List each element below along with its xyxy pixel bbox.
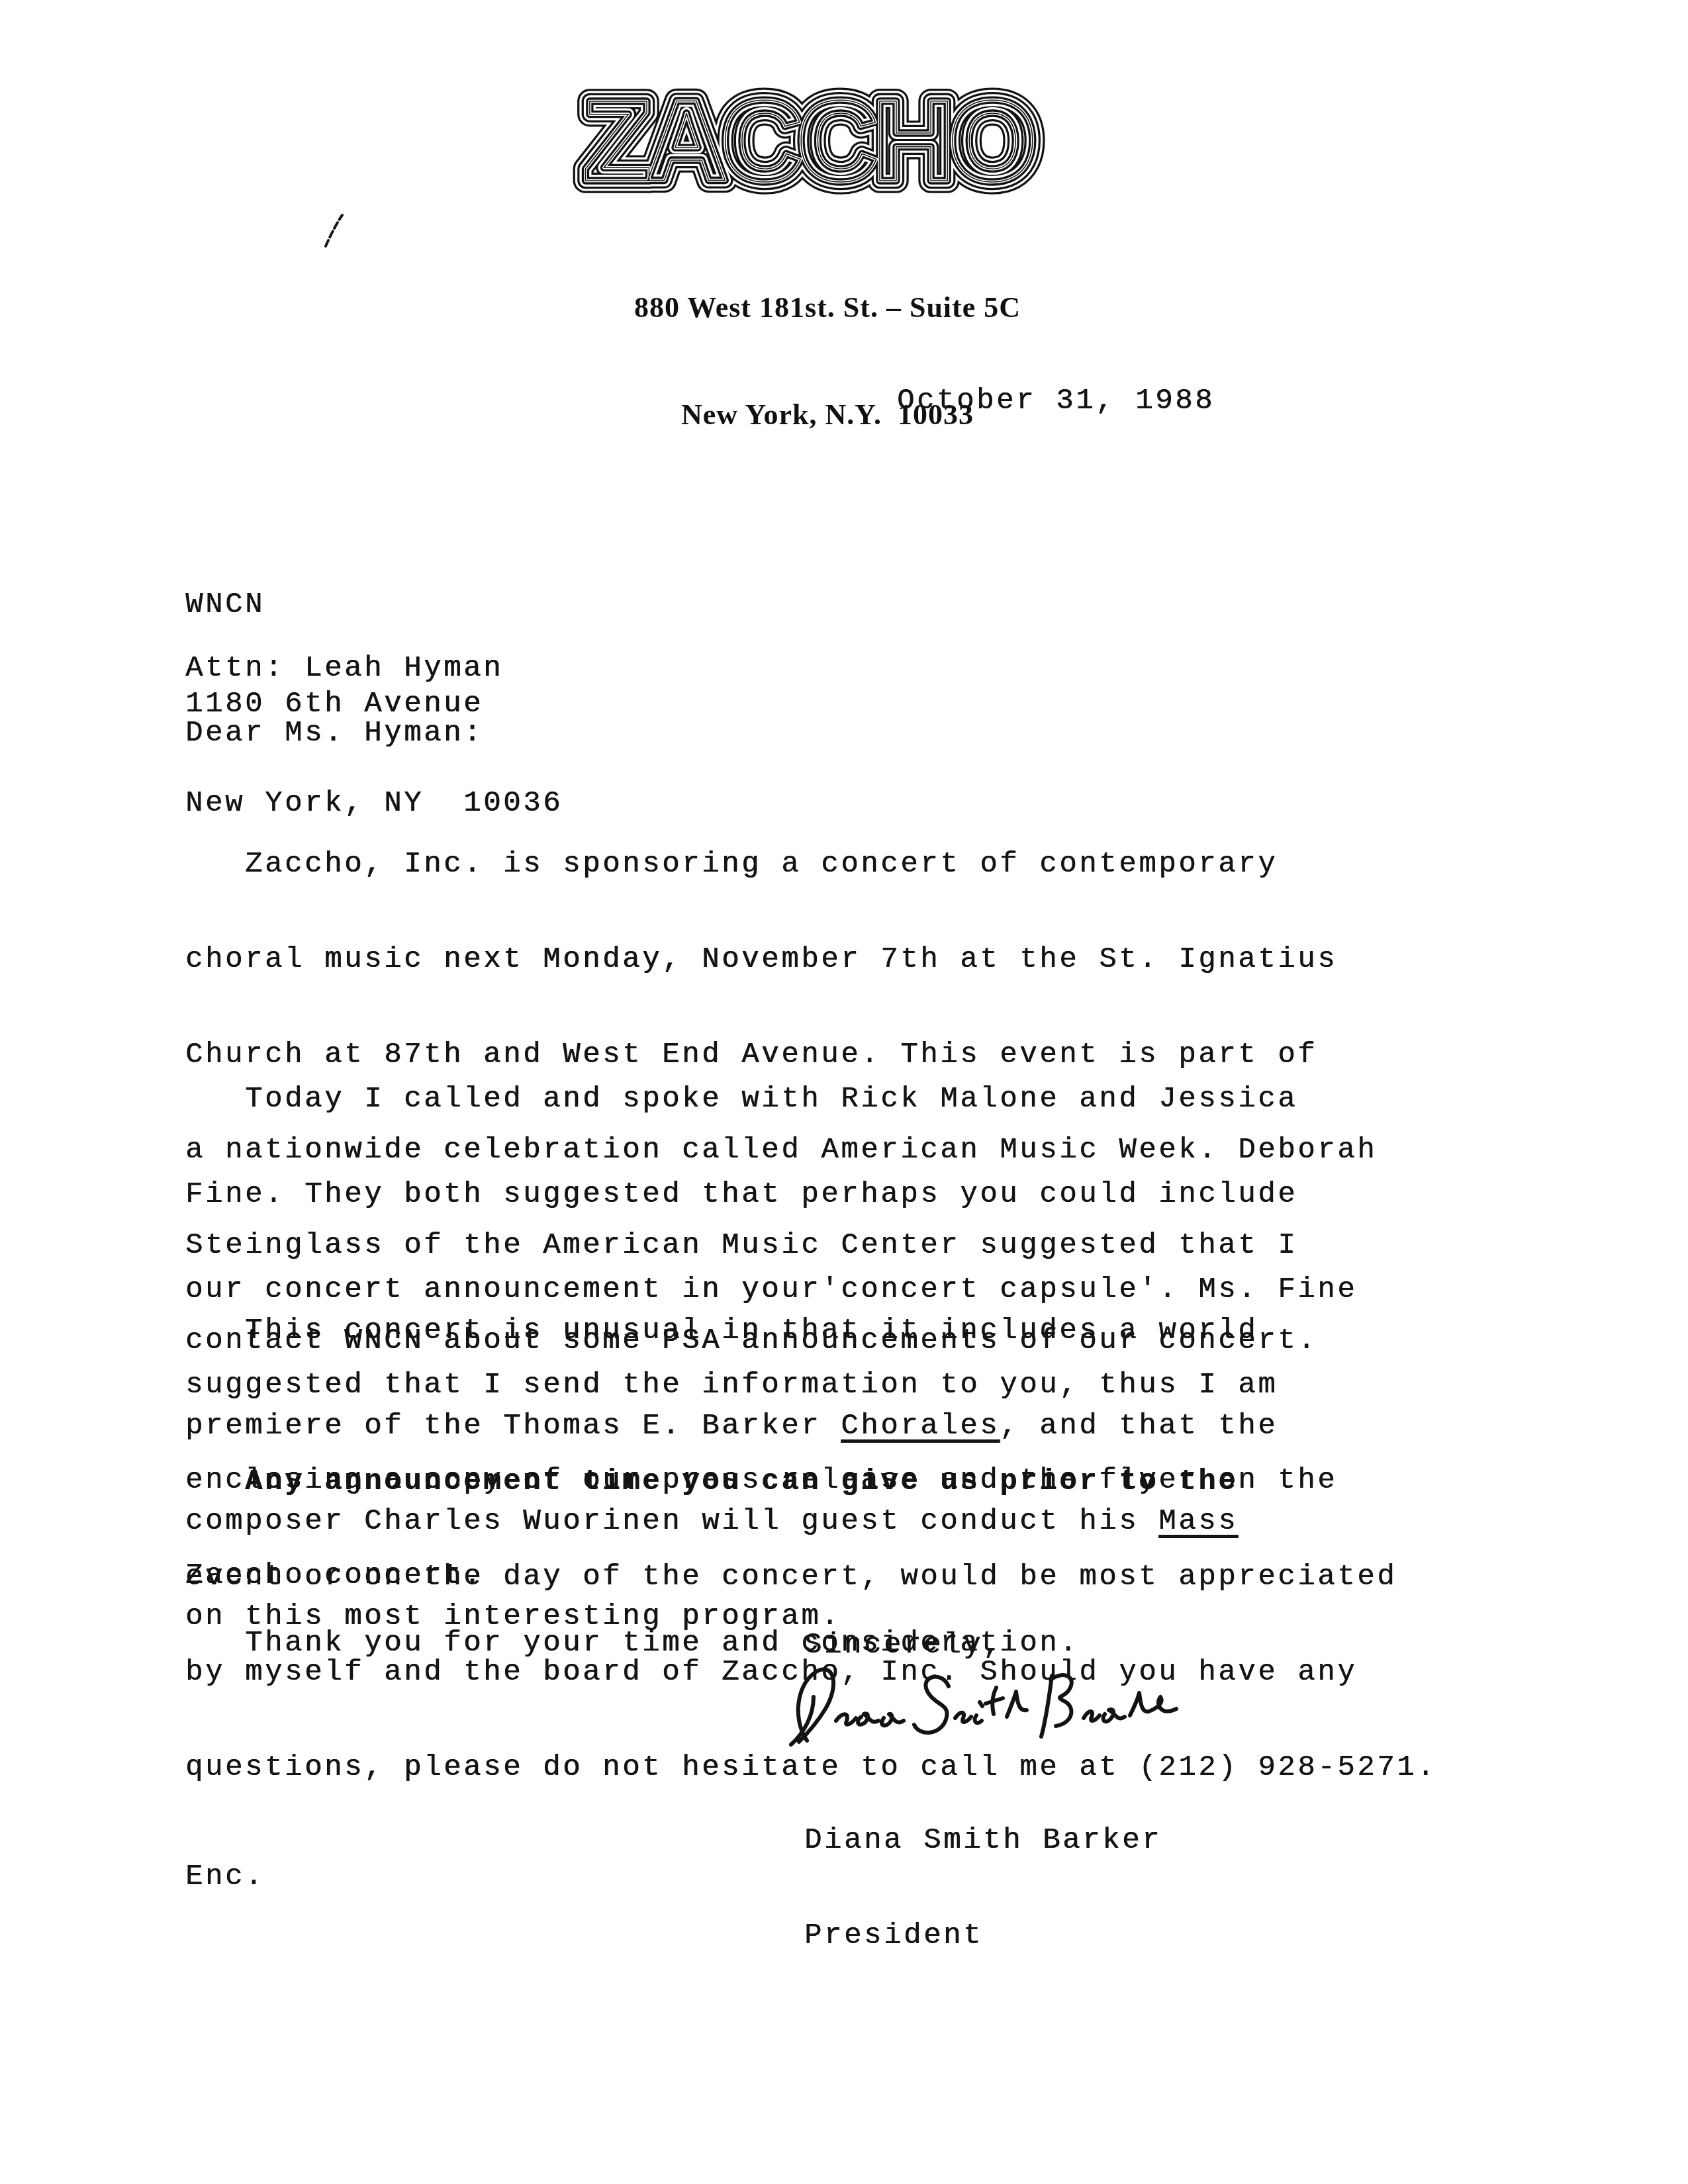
letterhead-address-line1: 880 West 181st. St. – Suite 5C [530,290,1125,326]
body-line: Any announcement time you can give us pr… [185,1466,1436,1498]
body-line: This concert is unusual in that it inclu… [185,1315,1278,1347]
sender-title: President [804,1920,1162,1952]
letter-page: ZACCHO ZACCHO ZACCHO ZACCHO ZACCHO ZACCH… [0,0,1688,2184]
recipient-street: 1180 6th Avenue [185,688,563,721]
date: October 31, 1988 [897,385,1215,417]
zaccho-logo-text: ZACCHO [582,76,1033,205]
body-line: Fine. They both suggested that perhaps y… [185,1179,1357,1210]
valediction: Sincerely, [804,1629,1003,1661]
recipient-name: WNCN [185,588,563,621]
letterhead-address: 880 West 181st. St. – Suite 5C New York,… [530,218,1125,504]
enclosure-notation: Enc. [185,1861,265,1893]
body-line: choral music next Monday, November 7th a… [185,944,1377,976]
zaccho-logo: ZACCHO ZACCHO ZACCHO ZACCHO ZACCHO ZACCH… [569,73,1043,205]
signature [784,1662,1182,1762]
attention-line: Attn: Leah Hyman [185,653,503,684]
body-line: Zaccho, Inc. is sponsoring a concert of … [185,848,1377,880]
pen-mark [322,212,351,250]
salutation: Dear Ms. Hyman: [185,717,483,749]
signature-block: Diana Smith Barker President [804,1761,1162,2015]
body-line: Today I called and spoke with Rick Malon… [185,1083,1357,1115]
typed-name: Diana Smith Barker [804,1825,1162,1856]
